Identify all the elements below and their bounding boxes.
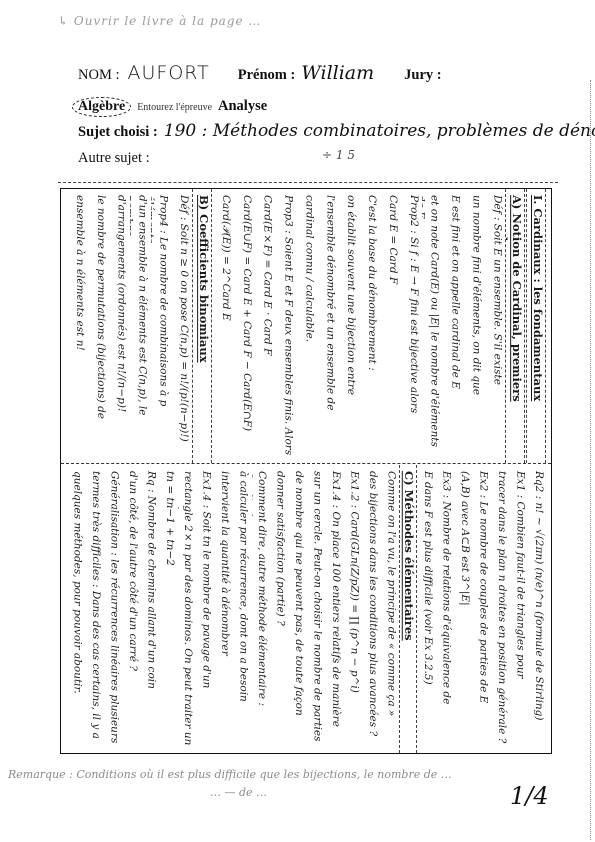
sujet-label: Sujet choisi :: [78, 124, 158, 141]
plan-bottom-half: Rq2 : n! ~ √(2πn) (n/e)^n (formule de St…: [61, 465, 551, 753]
page-number: 1/4: [510, 782, 549, 810]
plan-line: sur un cercle. Peut-on choisir le nombre…: [307, 465, 324, 753]
epreuve-instruction: Entourez l'épreuve: [137, 102, 212, 113]
plan-line: Prop4 : Le nombre de combinaisons à p él…: [151, 189, 171, 463]
plan-top-half: I. Cardinaux : les fondamentauxA) Notion…: [61, 189, 551, 463]
margin-mark: ÷ 1 5: [322, 150, 355, 161]
jury-label: Jury :: [404, 67, 441, 84]
plan-line: Généralisation : les récurrences linéair…: [104, 465, 121, 753]
plan-line: cardinal connu / calculable.: [297, 189, 317, 463]
section-heading: A) Notion de Cardinal, premiers exemples: [505, 189, 525, 463]
plan-line: Ex1 : Combien faut-il de triangles pour: [510, 465, 527, 753]
plan-line: termes très difficiles : Dans des cas ce…: [85, 465, 102, 753]
plan-line: E dans F est plus difficile (voir Ex 3.2…: [418, 465, 435, 753]
plan-line: et on note Card(E) ou |E| le nombre d'él…: [422, 189, 442, 463]
plan-line: d'un côté, de l'autre côté d'un carré ?: [122, 465, 139, 753]
header-name-row: NOM : AUFORT Prénom : William Jury :: [78, 62, 442, 84]
plan-line: quelques méthodes, pour pouvoir aboutir.: [67, 465, 84, 753]
separator-line: [58, 182, 558, 183]
epreuve-analyse: Analyse: [218, 98, 267, 115]
plan-line: Rq : Nombre de chemins allant d'un coin: [141, 465, 158, 753]
plan-line: donner satisfaction (partie) ?: [270, 465, 287, 753]
plan-line: à calculer par récurrence, dont on a bes…: [233, 465, 250, 753]
plan-box: I. Cardinaux : les fondamentauxA) Notion…: [60, 188, 552, 754]
plan-line: d'un ensemble à n éléments est C(n,p), l…: [130, 189, 150, 463]
plan-line: l'ensemble dénombré et un ensemble de: [317, 189, 337, 463]
plan-line: d'arrangements (ordonnés) est n!/(n−p)!: [109, 189, 129, 463]
prenom-label: Prénom :: [238, 67, 296, 84]
section-heading: I. Cardinaux : les fondamentaux: [526, 189, 546, 463]
remark-note-continued: … — de …: [210, 786, 267, 799]
plan-line: Comment dire, autre méthode élémentaire …: [252, 465, 269, 753]
scan-edge: [590, 80, 591, 840]
plan-line: un nombre fini d'éléments, on dit que: [464, 189, 484, 463]
nom-label: NOM :: [78, 67, 120, 84]
plan-line: C'est la base du dénombrement :: [359, 189, 379, 463]
plan-line: Ex1.4 : Soit tn le nombre de pavage d'un: [196, 465, 213, 753]
section-heading: C) Méthodes élémentaires: [399, 465, 416, 753]
plan-line: Ex1.2 : Card(GLn(Z/pZ)) = ∏ (p^n − p^i): [344, 465, 361, 753]
plan-line: Ex3 : Nombre de relations d'équivalence …: [436, 465, 453, 753]
plan-line: Comme on l'a vu, le principe de « comme …: [381, 465, 398, 753]
header-sujet-row: Sujet choisi : 190 : Méthodes combinatoi…: [78, 121, 595, 141]
annotation-top-note: ↳ Ouvrir le livre à la page …: [58, 14, 261, 28]
plan-line: Prop3 : Soient E et F deux ensembles fin…: [276, 189, 296, 463]
plan-line: Déf : Soit E un ensemble. S'il existe: [484, 189, 504, 463]
plan-line: tn = tn−1 + tn−2: [159, 465, 176, 753]
plan-line: Rq2 : n! ~ √(2πn) (n/e)^n (formule de St…: [529, 465, 546, 753]
plan-line: rectangle 2×n par des dominos. On peut t…: [178, 465, 195, 753]
plan-line: Ex1.4 : On place 100 entiers relatifs de…: [325, 465, 342, 753]
plan-line: Card(E∪F) = Card E + Card F − Card(E∩F): [234, 189, 254, 463]
nom-value: AUFORT: [128, 62, 210, 84]
plan-line: le nombre de permutations (bijections) d…: [88, 189, 108, 463]
epreuve-selected-algebre: Algèbre: [72, 97, 131, 117]
plan-line: des bijections dans les conditions plus …: [362, 465, 379, 753]
plan-line: intervient la quantité à dénombrer: [215, 465, 232, 753]
plan-divider: [61, 463, 551, 464]
plan-line: Card(𝒫(E)) = 2^Card E: [213, 189, 233, 463]
autre-sujet-label: Autre sujet :: [78, 150, 150, 167]
plan-line: E est fini et on appelle cardinal de E: [443, 189, 463, 463]
plan-line: Prop2 : Si f : E → F fini est bijective …: [401, 189, 421, 463]
plan-line: Card(E×F) = Card E · Card F: [255, 189, 275, 463]
plan-line: on établit souvent une bijection entre: [338, 189, 358, 463]
plan-line: Déf : Soit n ≥ 0 on pose C(n,p) = n!/(p!…: [171, 189, 191, 463]
plan-line: ensemble à n éléments est n!: [67, 189, 87, 463]
plan-line: (A,B) avec A⊂B est 3^|E|: [455, 465, 472, 753]
plan-line: Ex2 : Le nombre de couples de parties de…: [473, 465, 490, 753]
plan-line: de nombre qui ne peuvent pas, de toute f…: [289, 465, 306, 753]
plan-line: tracer dans le plan n droites en positio…: [492, 465, 509, 753]
plan-line: Card E = Card F: [380, 189, 400, 463]
header-autre-row: Autre sujet :: [78, 150, 150, 167]
remark-note: Remarque : Conditions où il est plus dif…: [8, 768, 452, 781]
header-epreuve-row: Algèbre Entourez l'épreuve Analyse: [72, 97, 267, 117]
section-heading: B) Coefficients binomiaux: [192, 189, 212, 463]
sujet-value: 190 : Méthodes combinatoires, problèmes …: [164, 121, 595, 141]
prenom-value: William: [301, 62, 374, 84]
